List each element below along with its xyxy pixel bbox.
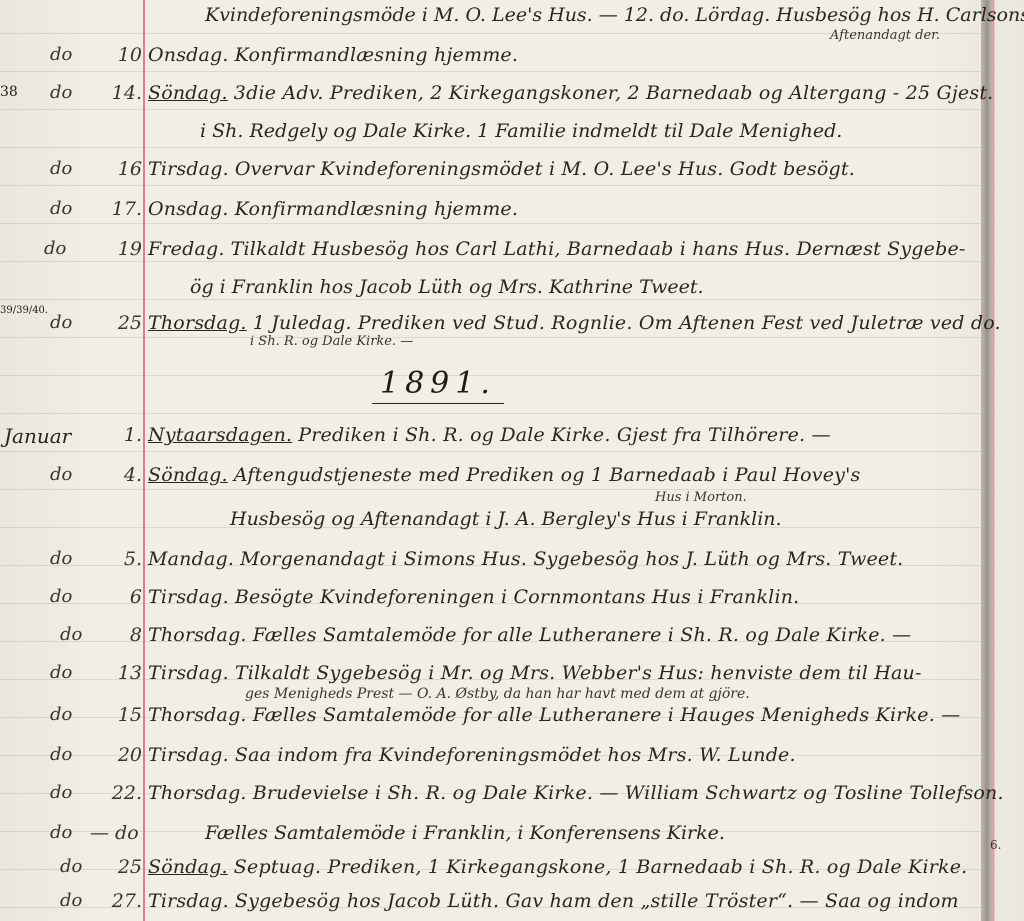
- weekday: Tirsdag.: [148, 662, 229, 684]
- ditto-mark: do: [50, 822, 80, 843]
- entry-text: Söndag.3die Adv. Prediken, 2 Kirkegangsk…: [148, 82, 993, 104]
- entry-body: Aftengudstjeneste med Prediken og 1 Barn…: [234, 464, 861, 486]
- interlinear-note: i Sh. R. og Dale Kirke. —: [250, 334, 413, 349]
- entry-body: 3die Adv. Prediken, 2 Kirkegangskoner, 2…: [234, 82, 994, 104]
- entry-continuation: Husbesög og Aftenandagt i J. A. Bergley'…: [230, 508, 782, 530]
- entry-row: do 10 Onsdag.Konfirmandlæsning hjemme.: [0, 44, 980, 78]
- entry-body: Tilkaldt Sygebesög i Mr. og Mrs. Webber'…: [235, 662, 922, 684]
- day-number: 25: [108, 312, 142, 334]
- ditto-mark: do: [50, 548, 80, 569]
- day-number: 15: [108, 704, 142, 726]
- entry-body: Fælles Samtalemöde for alle Lutheranere …: [253, 704, 961, 726]
- weekday: Söndag.: [148, 82, 228, 104]
- month-label: Januar: [4, 424, 94, 448]
- ditto-mark: do: [50, 44, 80, 65]
- day-number: 17.: [108, 198, 142, 220]
- entry-row: do 27. Tirsdag.Sygebesög hos Jacob Lüth.…: [0, 890, 980, 921]
- entry-row: do 13 Tirsdag.Tilkaldt Sygebesög i Mr. o…: [0, 662, 980, 696]
- day-number: 13: [108, 662, 142, 684]
- entry-row: do 4. Söndag.Aftengudstjeneste med Predi…: [0, 464, 980, 498]
- weekday: Onsdag.: [148, 44, 229, 66]
- year-heading: 1891.: [372, 366, 504, 404]
- entry-text: Söndag.Septuag. Prediken, 1 Kirkegangsko…: [148, 856, 967, 878]
- entry-row: do 6 Tirsdag.Besögte Kvindeforeningen i …: [0, 586, 980, 620]
- weekday: Onsdag.: [148, 198, 229, 220]
- entry-body: Prediken i Sh. R. og Dale Kirke. Gjest f…: [298, 424, 830, 446]
- weekday: Thorsdag.: [148, 704, 247, 726]
- entry-text: Söndag.Aftengudstjeneste med Prediken og…: [148, 464, 860, 486]
- entry-row: do 16 Tirsdag.Overvar Kvindeforeningsmöd…: [0, 158, 980, 192]
- entry-text: Onsdag.Konfirmandlæsning hjemme.: [148, 198, 518, 220]
- weekday: Söndag.: [148, 464, 228, 486]
- weekday: Nytaarsdagen.: [148, 424, 292, 446]
- entry-row: do 22. Thorsdag.Brudevielse i Sh. R. og …: [0, 782, 980, 816]
- ditto-mark: do: [50, 782, 80, 803]
- entry-row: do 15 Thorsdag.Fælles Samtalemöde for al…: [0, 704, 980, 738]
- entry-row: do — do Fælles Samtalemöde i Franklin, i…: [0, 822, 980, 856]
- entry-body: Fælles Samtalemöde for alle Lutheranere …: [253, 624, 912, 646]
- weekday: Tirsdag.: [148, 586, 229, 608]
- day-number: 10: [108, 44, 142, 66]
- ditto-mark: do: [50, 464, 80, 485]
- entry-text: Mandag.Morgenandagt i Simons Hus. Sygebe…: [148, 548, 903, 570]
- entry-continuation: i Sh. Redgely og Dale Kirke. 1 Familie i…: [200, 120, 842, 142]
- day-ditto: — do: [90, 822, 170, 844]
- day-number: 20: [108, 744, 142, 766]
- day-number: 8: [108, 624, 142, 646]
- ditto-mark: do: [50, 744, 80, 765]
- weekday: Thorsdag.: [148, 312, 247, 334]
- journal-page: Kvindeforeningsmöde i M. O. Lee's Hus. —…: [0, 0, 1024, 921]
- ditto-mark: do: [60, 890, 90, 911]
- entry-row: do 8 Thorsdag.Fælles Samtalemöde for all…: [0, 624, 980, 658]
- ditto-mark: do: [60, 856, 90, 877]
- entry-body: Konfirmandlæsning hjemme.: [235, 198, 518, 220]
- entry-body: Sygebesög hos Jacob Lüth. Gav ham den „s…: [235, 890, 959, 912]
- weekday: Thorsdag.: [148, 782, 247, 804]
- ditto-mark: do: [44, 238, 74, 259]
- margin-mark: 6.: [990, 838, 1001, 852]
- entry-text: Thorsdag.Brudevielse i Sh. R. og Dale Ki…: [148, 782, 1004, 804]
- entry-body: Konfirmandlæsning hjemme.: [235, 44, 518, 66]
- ledger-number: 38: [0, 84, 30, 100]
- entry-text: Kvindeforeningsmöde i M. O. Lee's Hus. —…: [205, 4, 1024, 26]
- weekday: Tirsdag.: [148, 890, 229, 912]
- weekday: Söndag.: [148, 856, 228, 878]
- ditto-mark: do: [50, 704, 80, 725]
- entry-text: Thorsdag.Fælles Samtalemöde for alle Lut…: [148, 624, 911, 646]
- entry-body: Septuag. Prediken, 1 Kirkegangskone, 1 B…: [234, 856, 968, 878]
- day-number: 6: [108, 586, 142, 608]
- entry-row: do 20 Tirsdag.Saa indom fra Kvindeforeni…: [0, 744, 980, 778]
- entry-body: Besögte Kvindeforeningen i Cornmontans H…: [235, 586, 800, 608]
- entry-text: Onsdag.Konfirmandlæsning hjemme.: [148, 44, 518, 66]
- day-number: 1.: [108, 424, 142, 446]
- weekday: Mandag.: [148, 548, 234, 570]
- weekday: Tirsdag.: [148, 158, 229, 180]
- ditto-mark: do: [50, 312, 80, 333]
- entry-text: Fælles Samtalemöde i Franklin, i Konfere…: [205, 822, 725, 844]
- entry-text: Tirsdag.Overvar Kvindeforeningsmödet i M…: [148, 158, 855, 180]
- interlinear-note: ges Menigheds Prest — O. A. Østby, da ha…: [245, 686, 750, 702]
- entry-row: Januar 1. Nytaarsdagen.Prediken i Sh. R.…: [0, 424, 980, 458]
- day-number: 25: [108, 856, 142, 878]
- entry-row: do 25 Söndag.Septuag. Prediken, 1 Kirkeg…: [0, 856, 980, 890]
- entry-row: Kvindeforeningsmöde i M. O. Lee's Hus. —…: [0, 4, 980, 38]
- entry-row: do 17. Onsdag.Konfirmandlæsning hjemme.: [0, 198, 980, 232]
- entry-row: 38 do 14. Söndag.3die Adv. Prediken, 2 K…: [0, 82, 980, 116]
- ledger-number: 39/39/40.: [0, 306, 24, 316]
- entry-continuation-row: i Sh. Redgely og Dale Kirke. 1 Familie i…: [0, 120, 980, 154]
- entry-row: do 5. Mandag.Morgenandagt i Simons Hus. …: [0, 548, 980, 582]
- ditto-mark: do: [50, 82, 80, 103]
- entry-body: Brudevielse i Sh. R. og Dale Kirke. — Wi…: [253, 782, 1004, 804]
- entry-continuation: ög i Franklin hos Jacob Lüth og Mrs. Kat…: [190, 276, 704, 298]
- entry-body: Saa indom fra Kvindeforeningsmödet hos M…: [235, 744, 796, 766]
- entry-text: Tirsdag.Saa indom fra Kvindeforeningsmöd…: [148, 744, 796, 766]
- interlinear-note: Hus i Morton.: [655, 490, 747, 505]
- entry-body: Overvar Kvindeforeningsmödet i M. O. Lee…: [235, 158, 855, 180]
- entry-body: Tilkaldt Husbesög hos Carl Lathi, Barned…: [231, 238, 966, 260]
- ditto-mark: do: [50, 586, 80, 607]
- day-number: 14.: [108, 82, 142, 104]
- day-number: 4.: [108, 464, 142, 486]
- entry-body: Morgenandagt i Simons Hus. Sygebesög hos…: [240, 548, 903, 570]
- entry-row: 39/39/40. do 25 Thorsdag.1 Juledag. Pred…: [0, 312, 980, 346]
- ditto-mark: do: [50, 198, 80, 219]
- day-number: 19: [108, 238, 142, 260]
- entry-text: Nytaarsdagen.Prediken i Sh. R. og Dale K…: [148, 424, 831, 446]
- weekday: Thorsdag.: [148, 624, 247, 646]
- day-number: 16: [108, 158, 142, 180]
- entry-continuation-row: ög i Franklin hos Jacob Lüth og Mrs. Kat…: [0, 276, 980, 310]
- day-number: 5.: [108, 548, 142, 570]
- entry-text: Tirsdag.Tilkaldt Sygebesög i Mr. og Mrs.…: [148, 662, 922, 684]
- entry-continuation-row: Husbesög og Aftenandagt i J. A. Bergley'…: [0, 508, 980, 542]
- entry-row: do 19 Fredag.Tilkaldt Husbesög hos Carl …: [0, 238, 980, 272]
- entry-text: Thorsdag.Fælles Samtalemöde for alle Lut…: [148, 704, 960, 726]
- entry-text: Fredag.Tilkaldt Husbesög hos Carl Lathi,…: [148, 238, 966, 260]
- entry-text: Tirsdag.Sygebesög hos Jacob Lüth. Gav ha…: [148, 890, 959, 912]
- interlinear-note: Aftenandagt der.: [830, 28, 940, 43]
- entry-body: 1 Juledag. Prediken ved Stud. Rognlie. O…: [253, 312, 1001, 334]
- entry-text: Thorsdag.1 Juledag. Prediken ved Stud. R…: [148, 312, 1001, 334]
- day-number: 22.: [108, 782, 142, 804]
- ditto-mark: do: [50, 158, 80, 179]
- ditto-mark: do: [50, 662, 80, 683]
- weekday: Tirsdag.: [148, 744, 229, 766]
- day-number: 27.: [108, 890, 142, 912]
- weekday: Fredag.: [148, 238, 225, 260]
- ditto-mark: do: [60, 624, 90, 645]
- entry-text: Tirsdag.Besögte Kvindeforeningen i Cornm…: [148, 586, 799, 608]
